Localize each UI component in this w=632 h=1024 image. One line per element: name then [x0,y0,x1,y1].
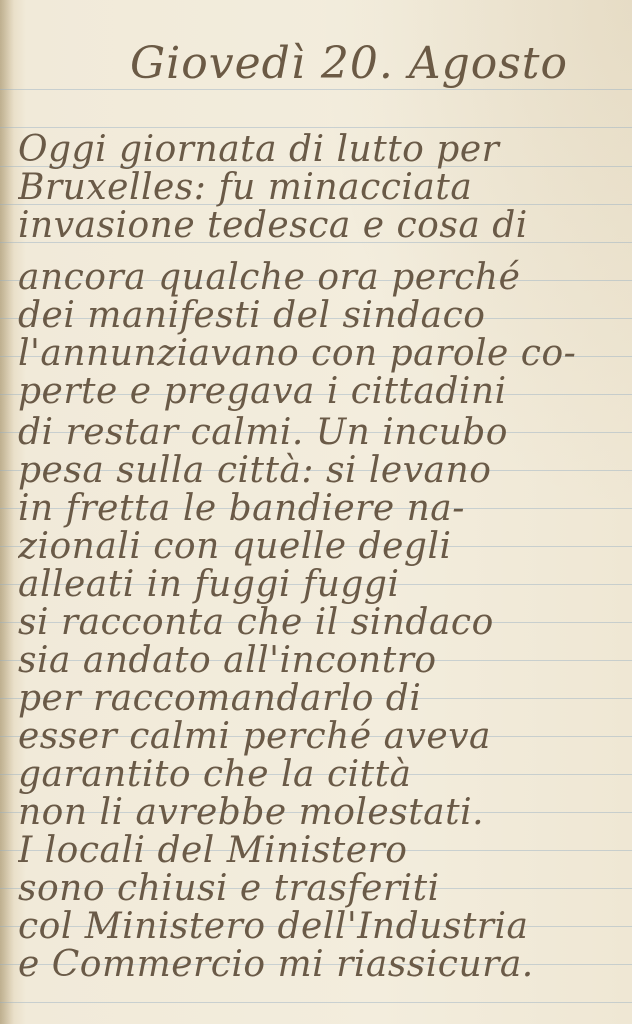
text-line: col Ministero dell'Industria [18,907,630,947]
text-line: si racconta che il sindaco [18,603,630,643]
diary-page: Giovedì 20. Agosto Oggi giornata di lutt… [0,0,632,1024]
text-line: non li avrebbe molestati. [18,793,630,833]
text-line: l'annunziavano con parole co- [18,334,630,374]
text-line: sono chiusi e trasferiti [18,869,630,909]
text-line: di restar calmi. Un incubo [18,413,630,453]
text-line: invasione tedesca e cosa di [18,206,630,246]
text-line: sia andato all'incontro [18,641,630,681]
text-line: pesa sulla città: si levano [18,451,630,491]
text-line: e Commercio mi riassicura. [18,945,630,985]
text-line: esser calmi perché aveva [18,717,630,757]
text-line: dei manifesti del sindaco [18,296,630,336]
text-line: per raccomandarlo di [18,679,630,719]
text-line: zionali con quelle degli [18,527,630,567]
text-line: in fretta le bandiere na- [18,489,630,529]
ruled-line [0,127,632,128]
text-line: garantito che la città [18,755,630,795]
text-line: ancora qualche ora perché [18,258,630,298]
entry-date-heading: Giovedì 20. Agosto [130,38,568,89]
binding-shadow [0,0,14,1024]
ruled-line [0,89,632,90]
text-line: perte e pregava i cittadini [18,372,630,412]
text-line: alleati in fuggi fuggi [18,565,630,605]
ruled-line [0,1002,632,1003]
text-line: I locali del Ministero [18,831,630,871]
text-line: Bruxelles: fu minacciata [18,168,630,208]
text-line: Oggi giornata di lutto per [18,130,630,170]
